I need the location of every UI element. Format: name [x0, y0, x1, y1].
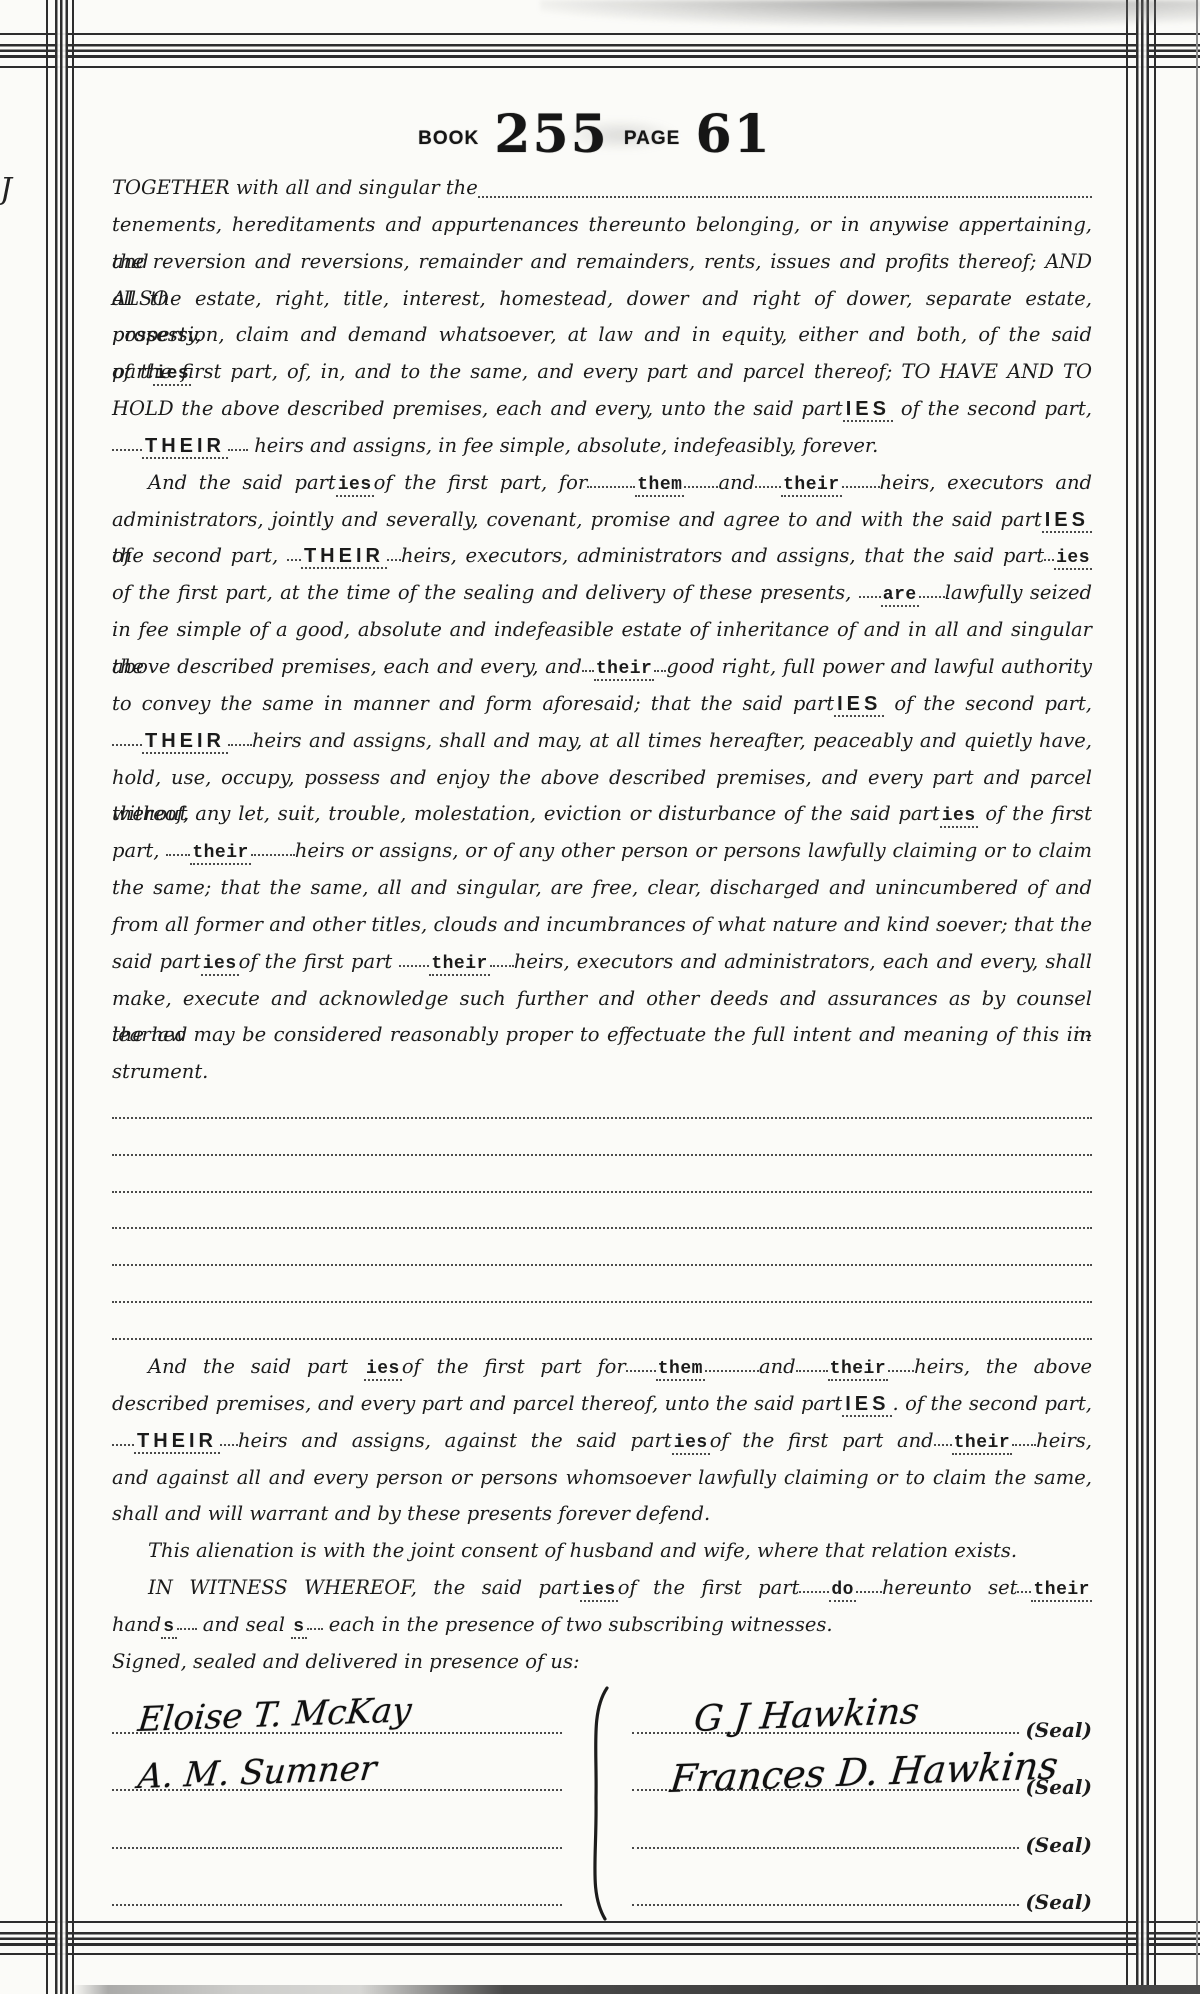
border-left-inner-line: [72, 0, 74, 1994]
document-line: without any let, suit, trouble, molestat…: [112, 796, 1092, 833]
dotted-rule: [112, 1116, 1092, 1119]
typed-fill-in: their: [1031, 1580, 1092, 1602]
document-line: THEIRheirs and assigns, against the said…: [112, 1423, 1092, 1460]
dotted-leader: [796, 1369, 828, 1372]
blank-ruled-line: [112, 1238, 1092, 1275]
printed-text: heirs or assigns, or of any other person…: [295, 839, 1092, 862]
printed-text: part,: [112, 839, 166, 862]
typed-fill-in: their: [429, 954, 490, 976]
document-line: and against all and every person or pers…: [112, 1460, 1092, 1497]
blank-ruled-line: [112, 1128, 1092, 1165]
document-line: possession, claim and demand whatsoever,…: [112, 317, 1092, 354]
dotted-rule: [112, 1190, 1092, 1193]
dotted-leader: [799, 1590, 829, 1593]
typed-fill-in-caps: THEIR: [301, 545, 387, 569]
printed-text: heirs, executors and administrators, eac…: [514, 950, 1092, 973]
typed-fill-in: ies: [336, 475, 374, 497]
document-line: said partiesof the first part theirheirs…: [112, 944, 1092, 981]
signature-block: Eloise T. McKayA. M. Sumner (Seal)G J Ha…: [112, 1686, 1092, 1921]
dotted-rule: [112, 1300, 1092, 1303]
party-signature: Frances D. Hawkins: [668, 1743, 1060, 1801]
party-signature: G J Hawkins: [692, 1690, 921, 1739]
dotted-leader: [888, 1369, 914, 1372]
page-label: PAGE: [624, 128, 680, 149]
printed-text: the law may be considered reasonably pro…: [112, 1023, 1092, 1046]
signature-rule: [632, 1903, 1019, 1906]
printed-text: said part: [112, 950, 201, 973]
printed-text: This alienation is with the joint consen…: [148, 1539, 1017, 1562]
border-bottom-inner-line: [0, 1921, 1200, 1923]
dotted-leader: [1044, 558, 1054, 561]
dotted-leader: [1017, 1590, 1031, 1593]
document-line: Signed, sealed and delivered in presence…: [112, 1644, 1092, 1681]
typed-fill-in: s: [291, 1617, 306, 1639]
printed-text: of the first: [978, 802, 1092, 825]
typed-fill-in-caps: THEIR: [142, 435, 228, 459]
printed-text: good right, full power and lawful author…: [666, 655, 1092, 678]
blank-ruled-line: [112, 1275, 1092, 1312]
blank-ruled-line: [112, 1091, 1092, 1128]
witness-signature-column: Eloise T. McKayA. M. Sumner: [112, 1686, 562, 1921]
printed-text: above described premises, each and every…: [112, 655, 582, 678]
dotted-leader: [856, 1590, 882, 1593]
border-bottom-outer-line: [0, 1953, 1200, 1955]
dotted-leader: [684, 485, 718, 488]
book-page-stamp: BOOK 255 PAGE 61: [0, 104, 1200, 165]
dotted-leader: [112, 743, 142, 746]
printed-text: of the second part,: [893, 397, 1092, 420]
dotted-rule: [112, 1153, 1092, 1156]
printed-text: heirs,: [1036, 1429, 1092, 1452]
seal-label: (Seal): [1025, 1890, 1092, 1914]
typed-fill-in: ies: [364, 1359, 402, 1381]
document-line: from all former and other titles, clouds…: [112, 907, 1092, 944]
document-line: strument.: [112, 1054, 1092, 1091]
signature-rule: [112, 1846, 562, 1849]
printed-text: heirs and assigns, shall and may, at all…: [252, 729, 1092, 752]
document-line: the reversion and reversions, remainder …: [112, 244, 1092, 281]
typed-fill-in: are: [881, 585, 919, 607]
dotted-leader: [919, 595, 945, 598]
dotted-leader: [177, 1627, 197, 1630]
border-right-inner-line: [1126, 0, 1128, 1994]
border-right-band: [1136, 0, 1149, 1994]
document-line: described premises, and every part and p…: [112, 1386, 1092, 1423]
witness-signature: A. M. Sumner: [136, 1749, 378, 1797]
party-signature-row: (Seal)G J Hawkins: [632, 1686, 1092, 1744]
typed-fill-in-caps: IES: [834, 693, 884, 717]
typed-fill-in: them: [656, 1359, 705, 1381]
witness-signature-row: Eloise T. McKay: [112, 1686, 562, 1744]
page-edge-line: [1196, 0, 1198, 1994]
border-bottom-band: [0, 1932, 1200, 1947]
scan-margin-mark: J: [0, 172, 12, 207]
document-line: the same; that the same, all and singula…: [112, 870, 1092, 907]
dotted-leader: [399, 964, 429, 967]
dotted-leader: [705, 1369, 759, 1372]
border-right-outer-line: [1154, 0, 1156, 1994]
document-line: THEIR heirs and assigns, in fee simple, …: [112, 428, 1092, 465]
printed-text: heirs and assigns, in fee simple, absolu…: [248, 434, 878, 457]
blank-ruled-line: [112, 1165, 1092, 1202]
document-line: tenements, hereditaments and appurtenanc…: [112, 207, 1092, 244]
printed-text: of the first part: [239, 950, 400, 973]
signature-brace: [562, 1686, 632, 1921]
typed-fill-in-caps: THEIR: [142, 730, 228, 754]
dotted-rule: [112, 1337, 1092, 1340]
border-top-outer-line: [0, 33, 1200, 35]
printed-text: heirs, the above: [914, 1355, 1092, 1378]
printed-text: and seal: [197, 1613, 292, 1636]
book-number: 255: [494, 104, 609, 165]
seal-label: (Seal): [1025, 1833, 1092, 1857]
border-top-band: [0, 44, 1200, 59]
printed-text: HOLD the above described premises, each …: [112, 397, 843, 420]
scan-edge-artifact: [0, 1985, 1200, 1994]
typed-fill-in: their: [190, 843, 251, 865]
document-line: And the said part iesof the first part f…: [112, 1349, 1092, 1386]
signature-rule: [632, 1846, 1019, 1849]
document-line: hold, use, occupy, possess and enjoy the…: [112, 760, 1092, 797]
printed-text: and: [718, 471, 755, 494]
document-line: of the first part, at the time of the se…: [112, 575, 1092, 612]
dotted-leader: [582, 669, 594, 672]
dotted-rule: [478, 195, 1092, 198]
typed-fill-in-caps: THEIR: [134, 1430, 220, 1454]
printed-text: hereunto set: [882, 1576, 1017, 1599]
dotted-rule: [112, 1263, 1092, 1266]
dotted-leader: [654, 669, 666, 672]
document-line: TOGETHER with all and singular the: [112, 170, 1092, 207]
printed-text: hand: [112, 1613, 161, 1636]
printed-text: of the first part for: [402, 1355, 626, 1378]
witness-signature-row: [112, 1859, 562, 1917]
scan-smudge-top: [540, 0, 1200, 26]
printed-text: without any let, suit, trouble, molestat…: [112, 802, 940, 825]
document-line: part, theirheirs or assigns, or of any o…: [112, 833, 1092, 870]
document-body: TOGETHER with all and singular theteneme…: [112, 170, 1092, 1681]
printed-text: described premises, and every part and p…: [112, 1392, 842, 1415]
printed-text: of the first part, of, in, and to the sa…: [112, 360, 1092, 383]
typed-fill-in: their: [781, 475, 842, 497]
dotted-leader: [228, 448, 248, 451]
printed-text: each in the presence of two subscribing …: [323, 1613, 833, 1636]
typed-fill-in: their: [594, 659, 655, 681]
document-line: of the first part, of, in, and to the sa…: [112, 354, 1092, 391]
border-left-outer-line: [46, 0, 48, 1994]
document-line: the law may be considered reasonably pro…: [112, 1017, 1092, 1054]
printed-text: the second part,: [112, 544, 287, 567]
document-line: make, execute and acknowledge such furth…: [112, 981, 1092, 1018]
dotted-leader: [112, 448, 142, 451]
printed-text: the same; that the same, all and singula…: [112, 876, 1092, 899]
printed-text: And the said part: [148, 471, 336, 494]
dotted-leader: [287, 558, 301, 561]
typed-fill-in: ies: [201, 954, 239, 976]
document-line: THEIRheirs and assigns, shall and may, a…: [112, 723, 1092, 760]
document-line: HOLD the above described premises, each …: [112, 391, 1092, 428]
dotted-leader: [755, 485, 781, 488]
document-line: administrators, jointly and severally, c…: [112, 502, 1092, 539]
book-label: BOOK: [418, 128, 479, 149]
printed-text: and against all and every person or pers…: [112, 1466, 1092, 1489]
border-left-band: [55, 0, 68, 1994]
witness-signature-row: A. M. Sumner: [112, 1744, 562, 1802]
printed-text: of the first part and: [710, 1429, 934, 1452]
document-line: And the said partiesof the first part, f…: [112, 465, 1092, 502]
typed-fill-in-caps: IES: [1042, 509, 1092, 533]
dotted-leader: [842, 485, 880, 488]
dotted-leader: [166, 853, 190, 856]
document-line: all the estate, right, title, interest, …: [112, 281, 1092, 318]
dotted-leader: [1012, 1443, 1036, 1446]
typed-fill-in: ies: [1054, 548, 1092, 570]
dotted-leader: [859, 595, 881, 598]
party-signature-row: (Seal): [632, 1801, 1092, 1859]
printed-text: of the second part,: [884, 692, 1092, 715]
dotted-leader: [934, 1443, 952, 1446]
dotted-leader: [307, 1627, 323, 1630]
typed-fill-in: ies: [940, 806, 978, 828]
printed-text: heirs, executors, administrators and ass…: [401, 544, 1044, 567]
printed-text: Signed, sealed and delivered in presence…: [112, 1650, 580, 1673]
document-line: in fee simple of a good, absolute and in…: [112, 612, 1092, 649]
printed-text: heirs and assigns, against the said part: [238, 1429, 672, 1452]
printed-text: heirs, executors and: [880, 471, 1092, 494]
printed-text: of the first part: [618, 1576, 800, 1599]
dotted-leader: [251, 853, 295, 856]
document-line: shall and will warrant and by these pres…: [112, 1496, 1092, 1533]
dotted-leader: [587, 485, 635, 488]
party-signature-column: (Seal)G J Hawkins(Seal)Frances D. Hawkin…: [632, 1686, 1092, 1921]
printed-text: lawfully seized: [945, 581, 1092, 604]
printed-text: of the first part, for: [374, 471, 588, 494]
typed-fill-in: ies: [580, 1580, 618, 1602]
printed-text: from all former and other titles, clouds…: [112, 913, 1092, 936]
printed-text: shall and will warrant and by these pres…: [112, 1502, 710, 1525]
brace-icon: [577, 1686, 617, 1921]
printed-text: TOGETHER with all and singular the: [112, 170, 478, 207]
party-signature-row: (Seal)Frances D. Hawkins: [632, 1744, 1092, 1802]
printed-text: . of the second part,: [892, 1392, 1092, 1415]
document-line: the second part, THEIRheirs, executors, …: [112, 538, 1092, 575]
dotted-leader: [387, 558, 401, 561]
dotted-leader: [220, 1443, 238, 1446]
witness-signature-row: [112, 1801, 562, 1859]
typed-fill-in: do: [829, 1580, 856, 1602]
page-number: 61: [695, 104, 771, 165]
signature-rule: [112, 1903, 562, 1906]
dotted-leader: [228, 743, 252, 746]
document-line: IN WITNESS WHEREOF, the said partiesof t…: [112, 1570, 1092, 1607]
party-signature-row: (Seal): [632, 1859, 1092, 1917]
printed-text: of the first part, at the time of the se…: [112, 581, 859, 604]
document-line: hands and seal s each in the presence of…: [112, 1607, 1092, 1644]
dotted-leader: [112, 1443, 134, 1446]
typed-fill-in: them: [635, 475, 684, 497]
document-line: above described premises, each and every…: [112, 649, 1092, 686]
blank-ruled-line: [112, 1312, 1092, 1349]
printed-text: to convey the same in manner and form af…: [112, 692, 834, 715]
dotted-leader: [626, 1369, 656, 1372]
document-line: This alienation is with the joint consen…: [112, 1533, 1092, 1570]
typed-fill-in: ies: [672, 1433, 710, 1455]
printed-text: strument.: [112, 1060, 208, 1083]
printed-text: and: [759, 1355, 796, 1378]
document-line: to convey the same in manner and form af…: [112, 686, 1092, 723]
printed-text: IN WITNESS WHEREOF, the said part: [148, 1576, 580, 1599]
typed-fill-in: their: [952, 1433, 1013, 1455]
printed-text: administrators, jointly and severally, c…: [112, 508, 1042, 531]
dotted-rule: [112, 1226, 1092, 1229]
blank-ruled-line: [112, 1202, 1092, 1239]
seal-label: (Seal): [1025, 1718, 1092, 1742]
typed-fill-in-caps: IES: [842, 1393, 892, 1417]
typed-fill-in: their: [828, 1359, 889, 1381]
typed-fill-in: s: [161, 1617, 176, 1639]
typed-fill-in-caps: IES: [843, 398, 893, 422]
printed-text: And the said part: [148, 1355, 364, 1378]
dotted-leader: [490, 964, 514, 967]
border-top-inner-line: [0, 66, 1200, 68]
